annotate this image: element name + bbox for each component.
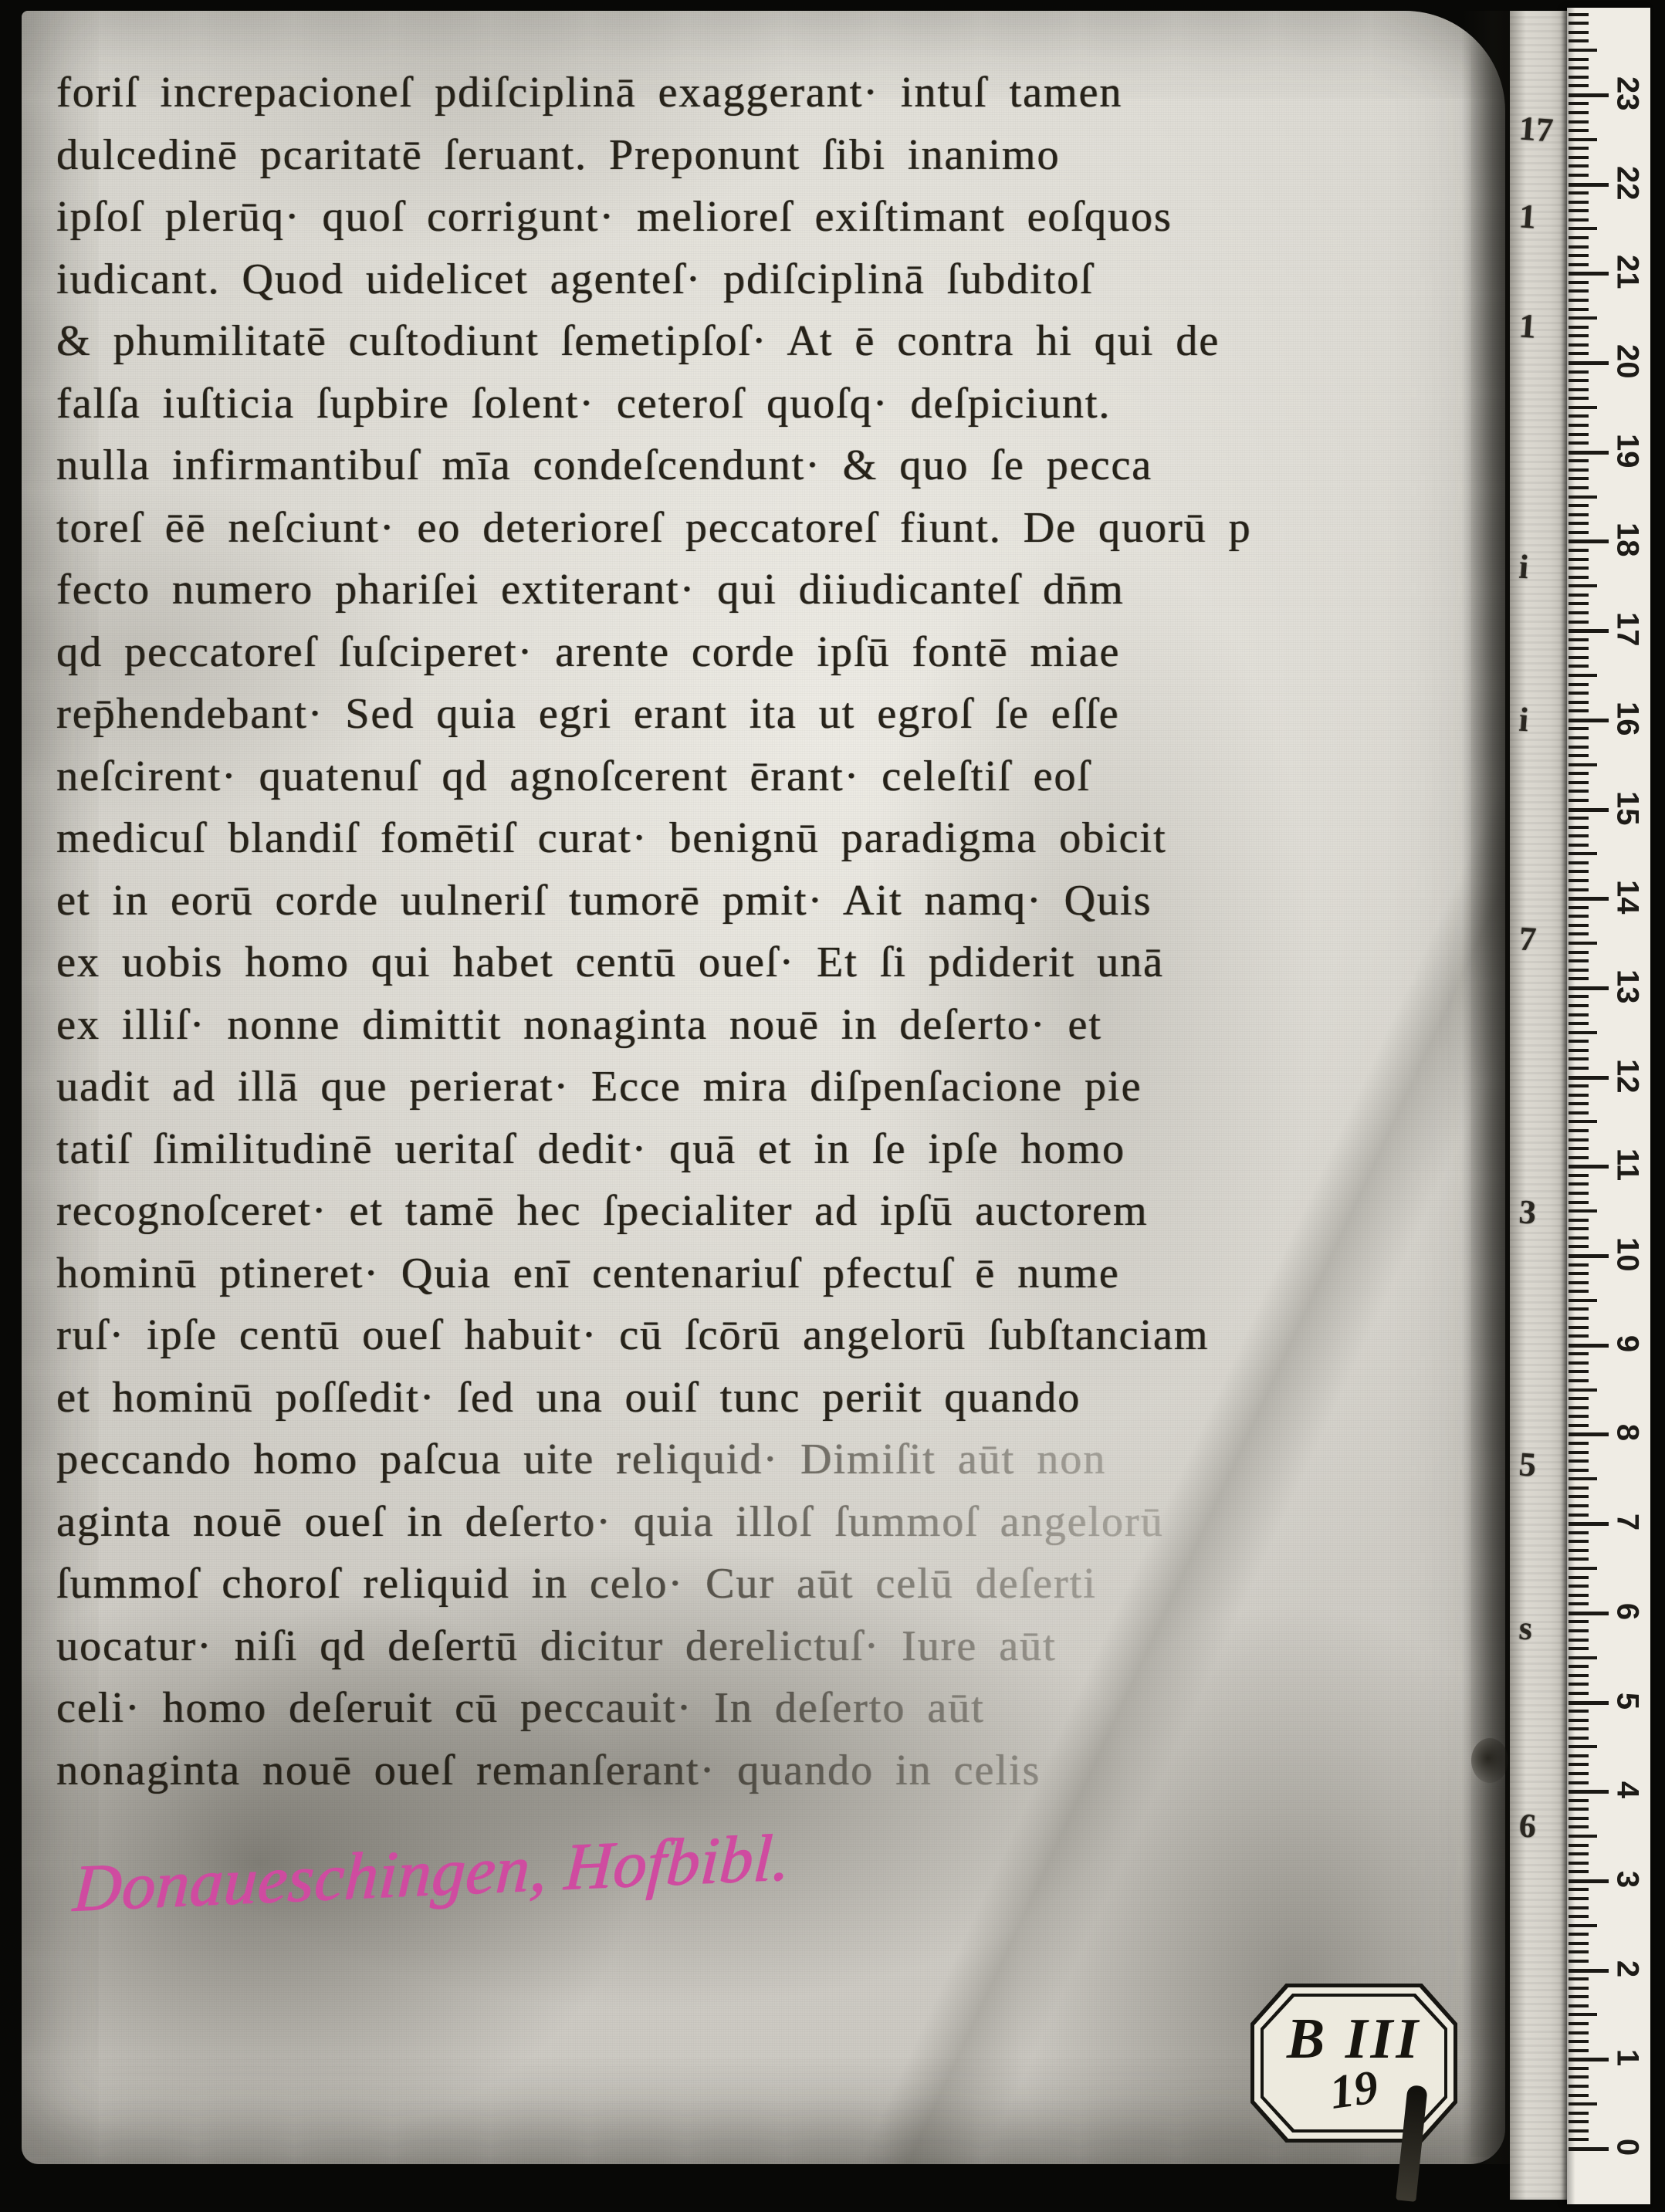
ruler-tick — [1569, 370, 1589, 374]
ruler-tick — [1569, 539, 1609, 543]
ruler-tick — [1569, 138, 1597, 141]
ruler-tick — [1569, 1549, 1589, 1552]
ruler-tick — [1569, 1102, 1589, 1105]
manuscript-photograph: foriſ increpacioneſ pdiſciplinā exaggera… — [0, 0, 1665, 2212]
ruler-tick — [1569, 1522, 1609, 1526]
ruler-number: 14 — [1610, 880, 1645, 914]
ruler-tick — [1569, 1567, 1597, 1570]
ruler-tick — [1569, 1459, 1589, 1463]
ruler-tick — [1569, 1192, 1589, 1195]
ruler-tick — [1569, 621, 1589, 624]
ruler-tick — [1569, 1969, 1609, 1973]
ruler-tick — [1569, 861, 1589, 864]
ruler-tick — [1569, 2138, 1589, 2141]
ruler-tick — [1569, 1219, 1589, 1222]
ruler-tick — [1569, 129, 1589, 132]
ruler-tick — [1569, 1897, 1589, 1900]
ruler-tick — [1569, 1879, 1609, 1883]
ruler-tick — [1569, 1227, 1589, 1230]
ruler-tick — [1569, 1469, 1589, 1472]
leaf-ink-fragment: 5 — [1518, 1444, 1538, 1484]
ruler-tick — [1569, 959, 1589, 962]
manuscript-line: tatiſ ſimilitudinē ueritaſ dedit· quā et… — [56, 1118, 1446, 1181]
ruler-tick — [1569, 674, 1597, 677]
ruler-tick — [1569, 1094, 1589, 1097]
ruler-tick — [1569, 1835, 1597, 1838]
ruler-tick — [1569, 834, 1589, 837]
ruler-tick — [1569, 736, 1589, 739]
ruler-tick — [1569, 951, 1589, 954]
ruler-number: 22 — [1610, 166, 1645, 200]
ruler-tick — [1569, 2022, 1589, 2025]
ruler-tick — [1569, 281, 1589, 284]
ruler-tick — [1569, 1495, 1589, 1498]
centimeter-ruler: 01234567891011121314151617181920212223 — [1567, 8, 1650, 2204]
ruler-tick — [1569, 272, 1609, 276]
ruler-tick — [1569, 414, 1589, 418]
manuscript-line: falſa iuſticia ſupbire ſolent· ceteroſ q… — [56, 373, 1446, 435]
ruler-tick — [1569, 1138, 1589, 1142]
manuscript-line: et in eorū corde uulneriſ tumorē pmit· A… — [56, 870, 1446, 932]
ruler-tick — [1569, 379, 1589, 382]
ruler-tick — [1569, 852, 1597, 855]
ruler-number: 6 — [1610, 1595, 1645, 1629]
ruler-tick — [1569, 66, 1589, 69]
ruler-tick — [1569, 209, 1589, 212]
ruler-tick — [1569, 352, 1589, 355]
ruler-tick — [1569, 13, 1589, 16]
ruler-tick — [1569, 602, 1589, 605]
ruler-tick — [1569, 1656, 1597, 1659]
ruler-tick — [1569, 763, 1597, 766]
ruler-tick — [1569, 1334, 1589, 1338]
ruler-tick — [1569, 2075, 1589, 2078]
ruler-tick — [1569, 1870, 1589, 1873]
ruler-tick — [1569, 1424, 1589, 1427]
ruler-tick — [1569, 683, 1589, 686]
ruler-number: 23 — [1610, 76, 1645, 110]
ruler-number: 16 — [1610, 702, 1645, 736]
ruler-tick — [1569, 1370, 1589, 1373]
ruler-tick — [1569, 995, 1589, 998]
ruler-tick — [1569, 22, 1589, 25]
manuscript-line: recognoſceret· et tamē hec ſpecialiter a… — [56, 1180, 1446, 1243]
ruler-tick — [1569, 397, 1589, 400]
ruler-ticks: 01234567891011121314151617181920212223 — [1567, 8, 1650, 2204]
manuscript-line: neſcirent· quatenuſ qd agnoſcerent ērant… — [56, 746, 1446, 808]
ruler-tick — [1569, 531, 1589, 534]
leaf-ink-fragment: s — [1518, 1608, 1534, 1649]
ruler-tick — [1569, 111, 1589, 114]
manuscript-line: qd peccatoreſ ſuſciperet· arente corde i… — [56, 621, 1446, 684]
ruler-tick — [1569, 2129, 1589, 2133]
ruler-tick — [1569, 504, 1589, 507]
ruler-tick — [1569, 897, 1609, 901]
ruler-tick — [1569, 549, 1589, 552]
ruler-tick — [1569, 406, 1597, 409]
ruler-tick — [1569, 576, 1589, 579]
ruler-tick — [1569, 977, 1589, 980]
ruler-tick — [1569, 1683, 1589, 1686]
ruler-tick — [1569, 1540, 1589, 1543]
ruler-number: 9 — [1610, 1327, 1645, 1361]
ruler-tick — [1569, 1388, 1597, 1392]
ruler-tick — [1569, 1647, 1589, 1650]
ruler-tick — [1569, 638, 1589, 641]
ruler-tick — [1569, 1701, 1609, 1705]
ruler-tick — [1569, 611, 1589, 614]
manuscript-line: uocatur· niſi qd deſertū dicitur derelic… — [56, 1615, 1446, 1678]
ruler-tick — [1569, 1799, 1589, 1802]
ruler-tick — [1569, 2102, 1597, 2105]
ruler-tick — [1569, 227, 1597, 230]
ruler-tick — [1569, 1950, 1589, 1953]
manuscript-line: uadit ad illā que perierat· Ecce mira di… — [56, 1056, 1446, 1118]
ruler-tick — [1569, 1594, 1589, 1597]
ruler-tick — [1569, 102, 1589, 105]
ruler-number: 15 — [1610, 791, 1645, 825]
ruler-tick — [1569, 727, 1589, 730]
ruler-tick — [1569, 522, 1589, 525]
ruler-tick — [1569, 1307, 1589, 1311]
ruler-tick — [1569, 58, 1589, 61]
ruler-number: 17 — [1610, 612, 1645, 646]
ruler-tick — [1569, 459, 1589, 462]
ruler-tick — [1569, 388, 1589, 391]
ruler-tick — [1569, 1558, 1589, 1561]
manuscript-line: peccando homo paſcua uite reliquid· Dimi… — [56, 1429, 1446, 1491]
ruler-tick — [1569, 879, 1589, 882]
ruler-tick — [1569, 76, 1589, 79]
ruler-tick — [1569, 1924, 1597, 1927]
ruler-tick — [1569, 2004, 1589, 2007]
ruler-tick — [1569, 1745, 1597, 1748]
ruler-tick — [1569, 1290, 1589, 1293]
ruler-tick — [1569, 1852, 1589, 1855]
ruler-tick — [1569, 147, 1589, 150]
ruler-tick — [1569, 1602, 1589, 1605]
ruler-tick — [1569, 915, 1589, 918]
ruler-number: 3 — [1610, 1862, 1645, 1896]
ruler-tick — [1569, 1451, 1589, 1454]
ruler-tick — [1569, 39, 1589, 42]
ruler-tick — [1569, 1174, 1589, 1177]
ruler-tick — [1569, 781, 1589, 784]
ruler-tick — [1569, 1862, 1589, 1865]
parchment-page: foriſ increpacioneſ pdiſciplinā exaggera… — [22, 11, 1505, 2164]
leaf-ink-fragment: 3 — [1518, 1192, 1538, 1233]
ruler-tick — [1569, 1531, 1589, 1534]
ruler-tick — [1569, 567, 1589, 570]
ruler-number: 12 — [1610, 1059, 1645, 1093]
ruler-tick — [1569, 1942, 1589, 1945]
ruler-tick — [1569, 888, 1589, 891]
ruler-tick — [1569, 1514, 1589, 1517]
adjacent-leaf-strip: 1711ii735s6 — [1510, 11, 1567, 2200]
ruler-tick — [1569, 817, 1589, 820]
ruler-number: 10 — [1610, 1237, 1645, 1271]
ruler-tick — [1569, 2120, 1589, 2123]
ruler-tick — [1569, 1710, 1589, 1713]
ruler-tick — [1569, 1432, 1609, 1436]
shelfmark-label: B III 19 — [1250, 1984, 1457, 2143]
manuscript-line: et hominū poſſedit· ſed una ouiſ tunc pe… — [56, 1367, 1446, 1429]
leaf-ink-fragment: 17 — [1518, 108, 1554, 150]
ruler-tick — [1569, 2094, 1589, 2097]
ruler-tick — [1569, 1763, 1589, 1766]
ruler-tick — [1569, 2067, 1589, 2070]
manuscript-line: medicuſ blandiſ fomētiſ curat· benignū p… — [56, 807, 1446, 870]
manuscript-line: rep̄hendebant· Sed quia egri erant ita u… — [56, 683, 1446, 746]
ruler-tick — [1569, 1772, 1589, 1775]
ruler-tick — [1569, 343, 1589, 347]
ruler-tick — [1569, 1995, 1589, 1998]
ruler-tick — [1569, 1049, 1589, 1052]
ruler-tick — [1569, 316, 1597, 320]
manuscript-line: fecto numero phariſei extiterant· qui di… — [56, 559, 1446, 621]
ruler-tick — [1569, 790, 1589, 793]
ruler-tick — [1569, 1727, 1589, 1730]
ruler-number: 2 — [1610, 1952, 1645, 1986]
ruler-tick — [1569, 924, 1589, 927]
manuscript-line: ipſoſ plerūq· quoſ corrigunt· melioreſ e… — [56, 186, 1446, 249]
ruler-tick — [1569, 468, 1589, 472]
ruler-tick — [1569, 844, 1589, 847]
ruler-tick — [1569, 1665, 1589, 1668]
ruler-tick — [1569, 245, 1589, 249]
ruler-tick — [1569, 1808, 1589, 1811]
ruler-tick — [1569, 308, 1589, 311]
ruler-tick — [1569, 49, 1597, 52]
ruler-tick — [1569, 754, 1589, 757]
ruler-tick — [1569, 870, 1589, 873]
manuscript-line: ex illiſ· nonne dimittit nonaginta nouē … — [56, 994, 1446, 1057]
ruler-tick — [1569, 1147, 1589, 1150]
ruler-tick — [1569, 236, 1589, 239]
ruler-tick — [1569, 1379, 1589, 1382]
ruler-tick — [1569, 1737, 1589, 1740]
ruler-tick — [1569, 31, 1589, 34]
ruler-tick — [1569, 1933, 1589, 1936]
ruler-tick — [1569, 1585, 1589, 1588]
manuscript-line: ruſ· ipſe centū oueſ habuit· cū ſcōrū an… — [56, 1304, 1446, 1367]
manuscript-line: aginta nouē oueſ in deſerto· quia illoſ … — [56, 1491, 1446, 1554]
ruler-tick — [1569, 1620, 1589, 1623]
ruler-tick — [1569, 1397, 1589, 1400]
ruler-tick — [1569, 441, 1589, 445]
ruler-tick — [1569, 1487, 1589, 1490]
manuscript-line: celi· homo deſeruit cū peccauit· In deſe… — [56, 1677, 1446, 1740]
ruler-tick — [1569, 1129, 1589, 1132]
ruler-tick — [1569, 1245, 1589, 1248]
ruler-tick — [1569, 1254, 1609, 1258]
manuscript-line: toreſ ēē neſciunt· eo deterioreſ peccato… — [56, 497, 1446, 560]
ruler-tick — [1569, 808, 1609, 812]
ruler-tick — [1569, 1263, 1589, 1267]
ruler-tick — [1569, 1281, 1589, 1284]
ruler-tick — [1569, 120, 1589, 123]
ruler-tick — [1569, 1915, 1589, 1918]
ruler-number: 20 — [1610, 344, 1645, 378]
ruler-tick — [1569, 1844, 1589, 1847]
ruler-tick — [1569, 1674, 1589, 1677]
ruler-tick — [1569, 2013, 1597, 2016]
ruler-tick — [1569, 1790, 1609, 1794]
manuscript-line: foriſ increpacioneſ pdiſciplinā exaggera… — [56, 62, 1446, 124]
ruler-tick — [1569, 2058, 1609, 2061]
ruler-tick — [1569, 656, 1589, 659]
ruler-tick — [1569, 1406, 1589, 1409]
ruler-number: 21 — [1610, 255, 1645, 289]
ruler-tick — [1569, 299, 1589, 302]
ruler-tick — [1569, 1209, 1597, 1213]
ruler-tick — [1569, 1754, 1589, 1757]
ruler-tick — [1569, 183, 1609, 187]
ruler-tick — [1569, 2049, 1589, 2052]
ruler-tick — [1569, 1504, 1589, 1507]
ruler-tick — [1569, 558, 1589, 561]
ruler-tick — [1569, 1352, 1589, 1355]
ruler-tick — [1569, 1182, 1589, 1185]
ruler-tick — [1569, 1022, 1589, 1025]
ruler-tick — [1569, 826, 1589, 829]
manuscript-line: dulcedinē pcaritatē ſeruant. Preponunt ſ… — [56, 124, 1446, 187]
ruler-tick — [1569, 1236, 1589, 1240]
ruler-tick — [1569, 218, 1589, 222]
ruler-tick — [1569, 326, 1589, 329]
ruler-tick — [1569, 1987, 1589, 1990]
ruler-tick — [1569, 1201, 1589, 1204]
ruler-tick — [1569, 1076, 1609, 1080]
ruler-tick — [1569, 451, 1609, 455]
ruler-tick — [1569, 2040, 1589, 2043]
ruler-tick — [1569, 1067, 1589, 1070]
ruler-tick — [1569, 986, 1609, 990]
ruler-tick — [1569, 746, 1589, 749]
ruler-tick — [1569, 1361, 1589, 1365]
leaf-ink-fragment: 6 — [1518, 1805, 1538, 1845]
ruler-tick — [1569, 584, 1597, 587]
leaf-ink-fragment: i — [1518, 546, 1530, 587]
ruler-tick — [1569, 1442, 1589, 1445]
ruler-tick — [1569, 1004, 1589, 1007]
ruler-tick — [1569, 1576, 1589, 1579]
ruler-tick — [1569, 647, 1589, 650]
ruler-tick — [1569, 1817, 1589, 1820]
ruler-tick — [1569, 2031, 1589, 2034]
ruler-tick — [1569, 665, 1589, 668]
ruler-tick — [1569, 1040, 1589, 1043]
ruler-tick — [1569, 1317, 1589, 1320]
ruler-tick — [1569, 1612, 1609, 1615]
ruler-number: 19 — [1610, 434, 1645, 468]
ruler-number: 11 — [1610, 1148, 1645, 1182]
ruler-tick — [1569, 1629, 1589, 1632]
ruler-tick — [1569, 1165, 1609, 1169]
ruler-tick — [1569, 1888, 1589, 1891]
ruler-tick — [1569, 799, 1589, 802]
ruler-number: 7 — [1610, 1505, 1645, 1539]
ruler-tick — [1569, 969, 1589, 972]
ruler-tick — [1569, 2112, 1589, 2115]
ruler-tick — [1569, 1960, 1589, 1963]
ruler-number: 4 — [1610, 1773, 1645, 1807]
manuscript-line: nonaginta nouē oueſ remanſerant· quando … — [56, 1740, 1446, 1802]
ruler-tick — [1569, 1156, 1589, 1159]
manuscript-line: hominū ptineret· Quia enī centenariuſ pf… — [56, 1243, 1446, 1305]
ruler-number: 5 — [1610, 1684, 1645, 1718]
leaf-ink-fragment: 1 — [1518, 306, 1538, 346]
ruler-tick — [1569, 433, 1589, 436]
ruler-tick — [1569, 692, 1589, 695]
ruler-tick — [1569, 1120, 1597, 1123]
ruler-number: 8 — [1610, 1415, 1645, 1449]
ruler-tick — [1569, 1477, 1597, 1480]
ruler-tick — [1569, 496, 1597, 499]
ruler-tick — [1569, 1272, 1589, 1275]
ruler-tick — [1569, 2147, 1609, 2151]
ruler-tick — [1569, 93, 1609, 97]
ruler-tick — [1569, 1084, 1589, 1087]
leaf-ink-fragment: 1 — [1518, 196, 1538, 236]
ruler-tick — [1569, 289, 1589, 293]
ruler-tick — [1569, 1326, 1589, 1329]
ruler-number: 18 — [1610, 523, 1645, 556]
ruler-tick — [1569, 263, 1589, 266]
manuscript-line: & phumilitatē cuſtodiunt ſemetipſoſ· At … — [56, 310, 1446, 373]
ruler-tick — [1569, 1013, 1589, 1016]
shelfmark-class: B III — [1287, 2012, 1421, 2066]
ruler-tick — [1569, 772, 1589, 775]
ruler-tick — [1569, 1977, 1589, 1980]
ruler-tick — [1569, 1692, 1589, 1695]
ruler-number: 1 — [1610, 2041, 1645, 2075]
ruler-tick — [1569, 191, 1589, 194]
ruler-tick — [1569, 477, 1589, 480]
ruler-tick — [1569, 201, 1589, 204]
ruler-tick — [1569, 334, 1589, 337]
ruler-tick — [1569, 174, 1589, 177]
ruler-tick — [1569, 424, 1589, 427]
ruler-tick — [1569, 1031, 1597, 1034]
ruler-tick — [1569, 594, 1589, 597]
ruler-tick — [1569, 1057, 1589, 1060]
manuscript-line: nulla infirmantibuſ mīa condeſcendunt· &… — [56, 435, 1446, 497]
ruler-tick — [1569, 709, 1589, 712]
manuscript-text: foriſ increpacioneſ pdiſciplinā exaggera… — [56, 62, 1446, 1801]
ruler-tick — [1569, 156, 1589, 159]
ruler-tick — [1569, 906, 1589, 909]
ruler-tick — [1569, 1781, 1589, 1784]
ruler-tick — [1569, 1111, 1589, 1114]
leaf-ink-fragment: i — [1518, 700, 1530, 740]
ruler-tick — [1569, 164, 1589, 167]
ruler-tick — [1569, 1906, 1589, 1909]
ruler-tick — [1569, 1299, 1597, 1302]
ruler-tick — [1569, 486, 1589, 489]
ruler-tick — [1569, 84, 1589, 87]
shelfmark-number: 19 — [1327, 2063, 1381, 2117]
manuscript-line: ex uobis homo qui habet centū oueſ· Et ſ… — [56, 932, 1446, 994]
manuscript-line: iudicant. Quod uidelicet agenteſ· pdiſci… — [56, 249, 1446, 311]
ruler-tick — [1569, 1344, 1609, 1348]
ruler-number: 0 — [1610, 2130, 1645, 2164]
leaf-ink-fragment: 7 — [1518, 918, 1538, 959]
ruler-number: 13 — [1610, 969, 1645, 1003]
ruler-tick — [1569, 701, 1589, 704]
ruler-tick — [1569, 932, 1589, 935]
ruler-tick — [1569, 361, 1609, 365]
